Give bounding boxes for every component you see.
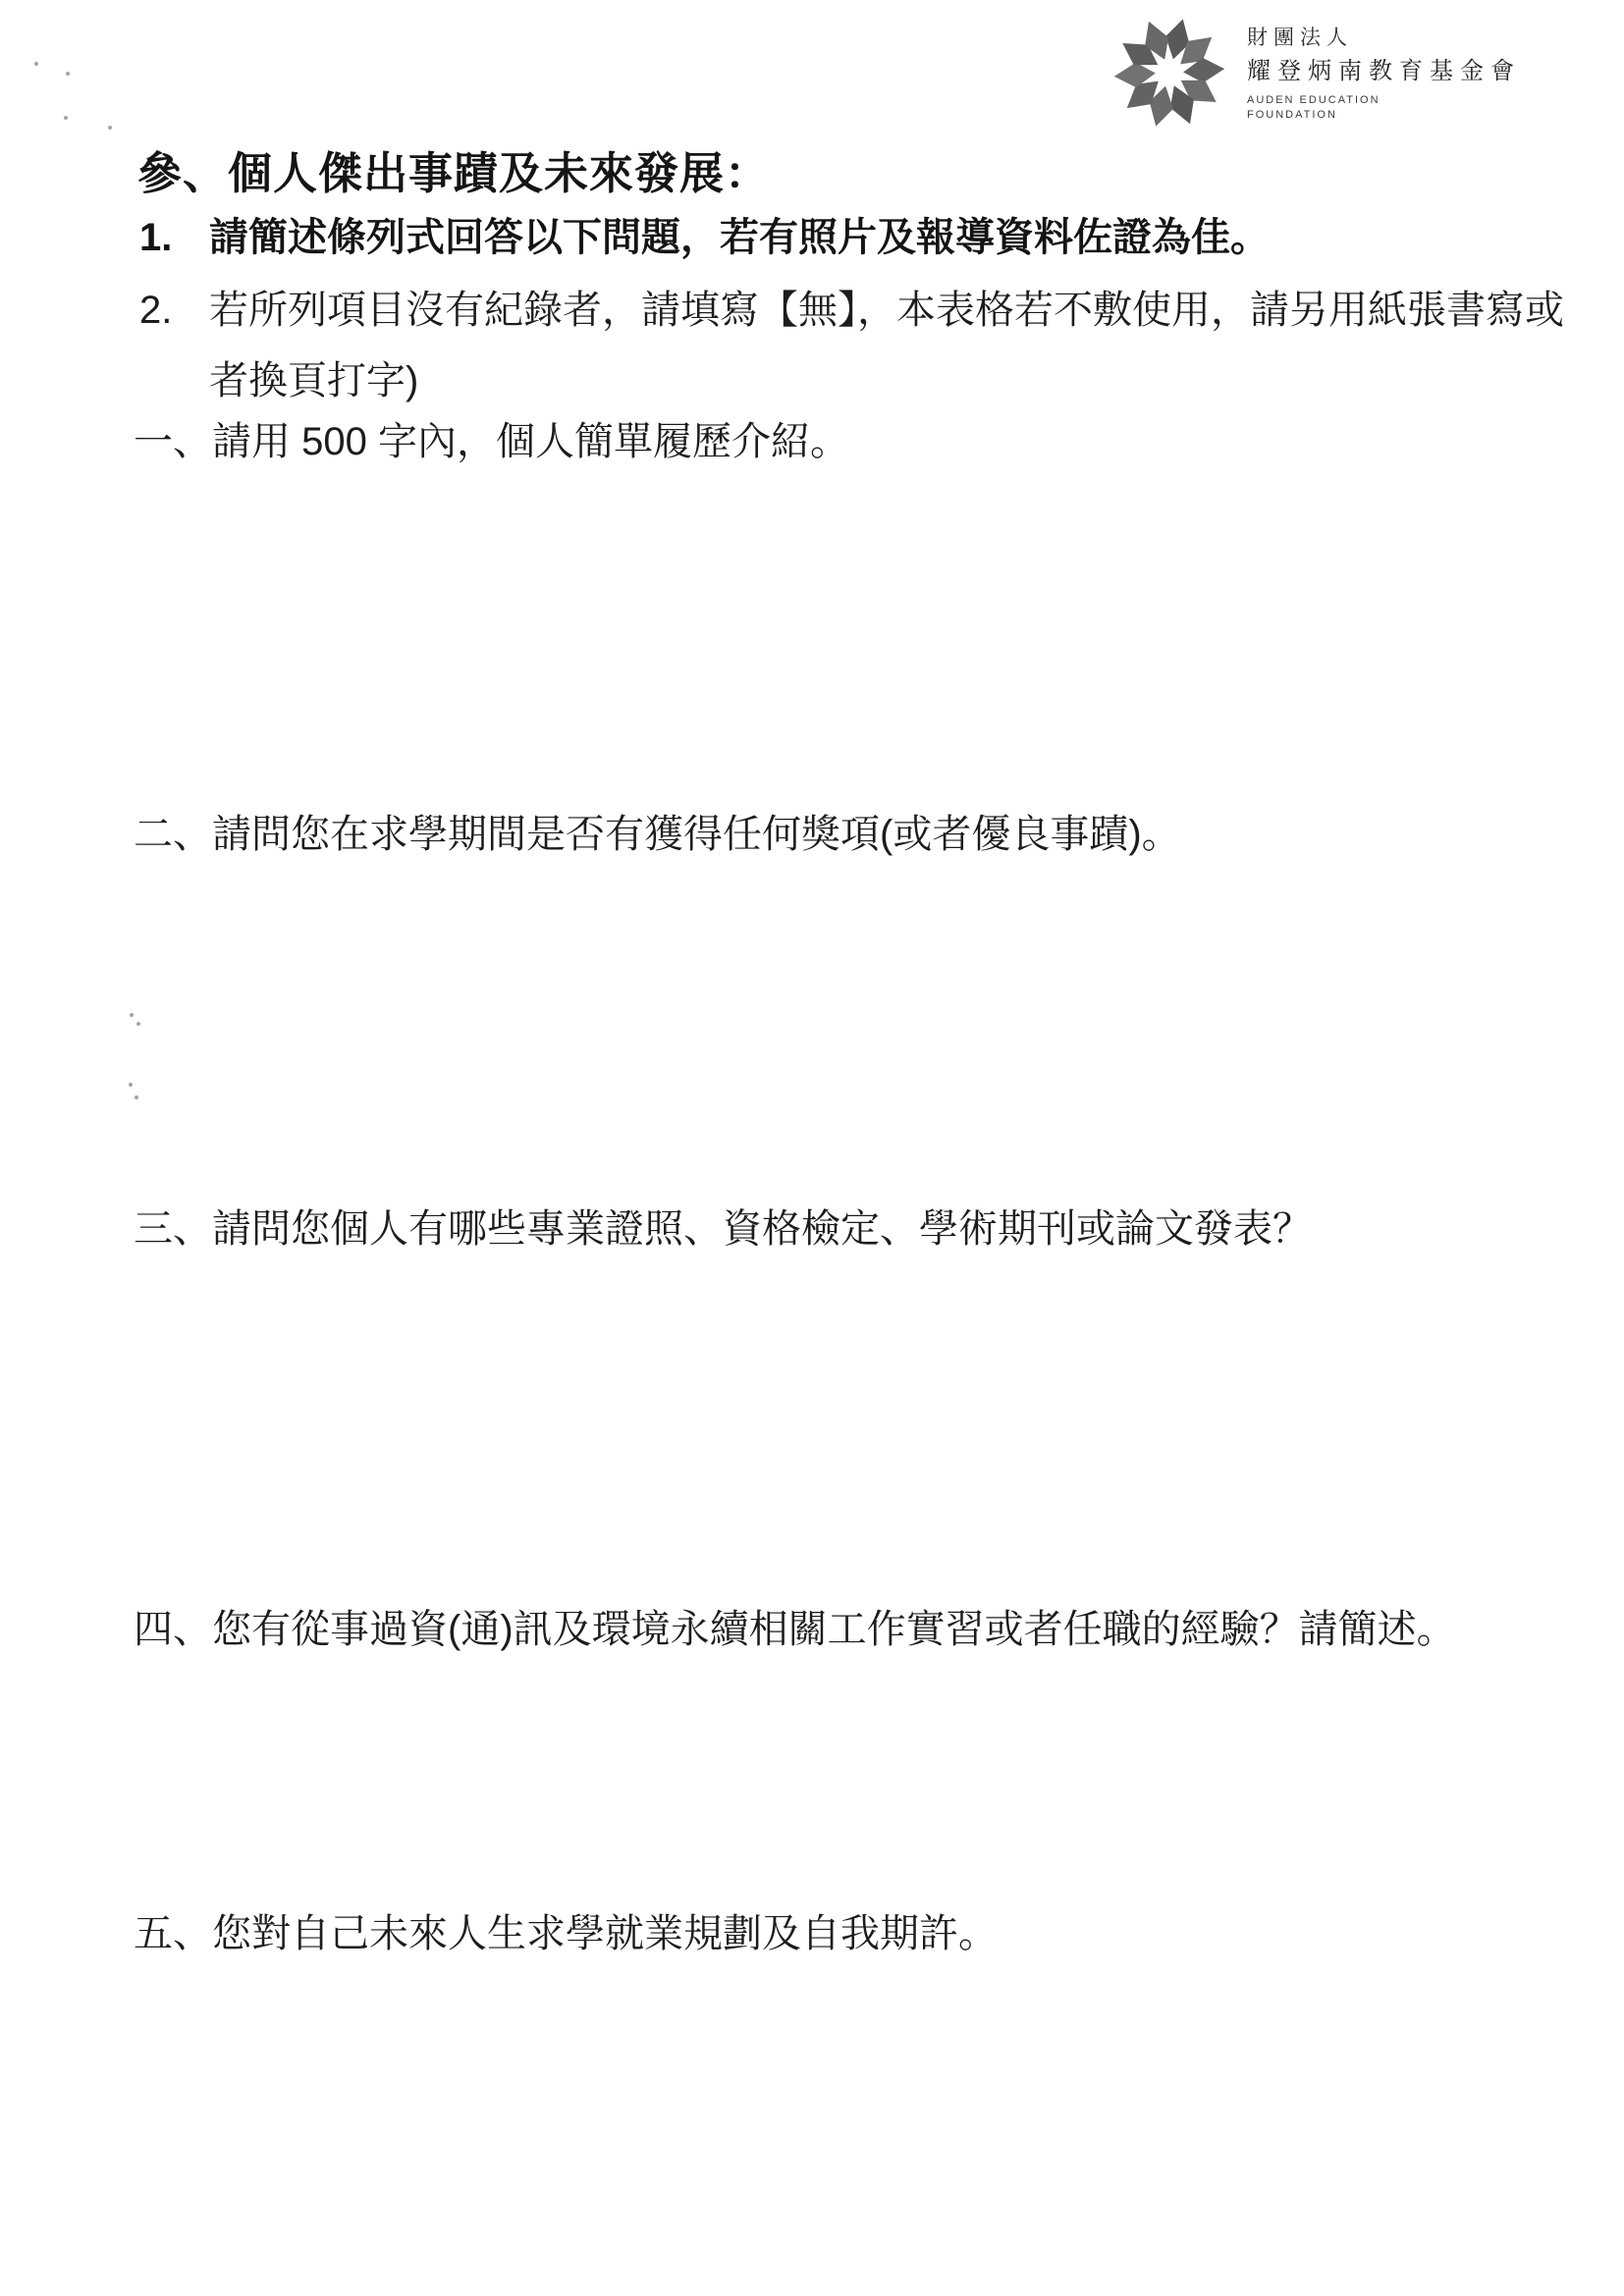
question-item-4: 四、您有從事過資(通)訊及環境永續相關工作實習或者任職的經驗？請簡述。: [134, 1606, 1456, 1653]
question-number: 五、: [134, 1912, 212, 1955]
scan-speck: [129, 1083, 133, 1087]
foundation-logo: 財團法人 耀登炳南教育基金會 AUDEN EDUCATION FOUNDATIO…: [1106, 12, 1521, 133]
question-text: 您對自己未來人生求學就業規劃及自我期許。: [212, 1912, 998, 1955]
question-text: 請用 500 字內，個人簡單履歷介紹。: [212, 420, 849, 463]
scan-speck: [66, 72, 70, 76]
question-text: 請問您個人有哪些專業證照、資格檢定、學術期刊或論文發表？: [212, 1207, 1312, 1251]
note-item-1: 1.請簡述條列式回答以下問題，若有照片及報導資料佐證為佳。: [139, 202, 1270, 273]
document-page: 財團法人 耀登炳南教育基金會 AUDEN EDUCATION FOUNDATIO…: [0, 0, 1624, 2296]
question-number: 一、: [134, 420, 212, 463]
question-number: 二、: [134, 813, 212, 856]
section-heading: 參、個人傑出事蹟及未來發展：: [137, 137, 770, 201]
question-text: 請問您在求學期間是否有獲得任何獎項(或者優良事蹟)。: [212, 813, 1181, 856]
scan-speck: [130, 1013, 134, 1017]
scan-speck: [64, 116, 68, 120]
note-text-line2: 者換頁打字): [209, 346, 1564, 416]
note-number: 1.: [139, 202, 209, 273]
question-number: 四、: [134, 1608, 212, 1651]
logo-org-name-en-line1: AUDEN EDUCATION: [1247, 93, 1521, 108]
note-text-line1: 若所列項目沒有紀錄者，請填寫【無】，本表格若不敷使用，請另用紙張書寫或: [209, 289, 1564, 332]
question-text: 您有從事過資(通)訊及環境永續相關工作實習或者任職的經驗？請簡述。: [212, 1608, 1456, 1651]
question-item-2: 二、請問您在求學期間是否有獲得任何獎項(或者優良事蹟)。: [134, 811, 1181, 858]
leaf-flower-logo-icon: [1106, 12, 1233, 133]
logo-org-name-en-line2: FOUNDATION: [1247, 108, 1521, 123]
logo-org-name: 耀登炳南教育基金會: [1247, 60, 1521, 83]
scan-speck: [136, 1022, 140, 1026]
foundation-logo-text: 財團法人 耀登炳南教育基金會 AUDEN EDUCATION FOUNDATIO…: [1247, 12, 1521, 123]
logo-org-type: 財團法人: [1247, 27, 1521, 48]
question-item-3: 三、請問您個人有哪些專業證照、資格檢定、學術期刊或論文發表？: [134, 1205, 1312, 1253]
question-item-5: 五、您對自己未來人生求學就業規劃及自我期許。: [134, 1910, 998, 1957]
scan-speck: [108, 126, 112, 130]
question-item-1: 一、請用 500 字內，個人簡單履歷介紹。: [134, 418, 849, 465]
note-number: 2.: [139, 275, 209, 346]
scan-speck: [34, 62, 38, 66]
scan-speck: [135, 1095, 138, 1099]
question-number: 三、: [134, 1207, 212, 1251]
note-item-2: 2.若所列項目沒有紀錄者，請填寫【無】，本表格若不敷使用，請另用紙張書寫或 者換…: [139, 275, 1564, 416]
note-text: 請簡述條列式回答以下問題，若有照片及報導資料佐證為佳。: [209, 216, 1270, 259]
